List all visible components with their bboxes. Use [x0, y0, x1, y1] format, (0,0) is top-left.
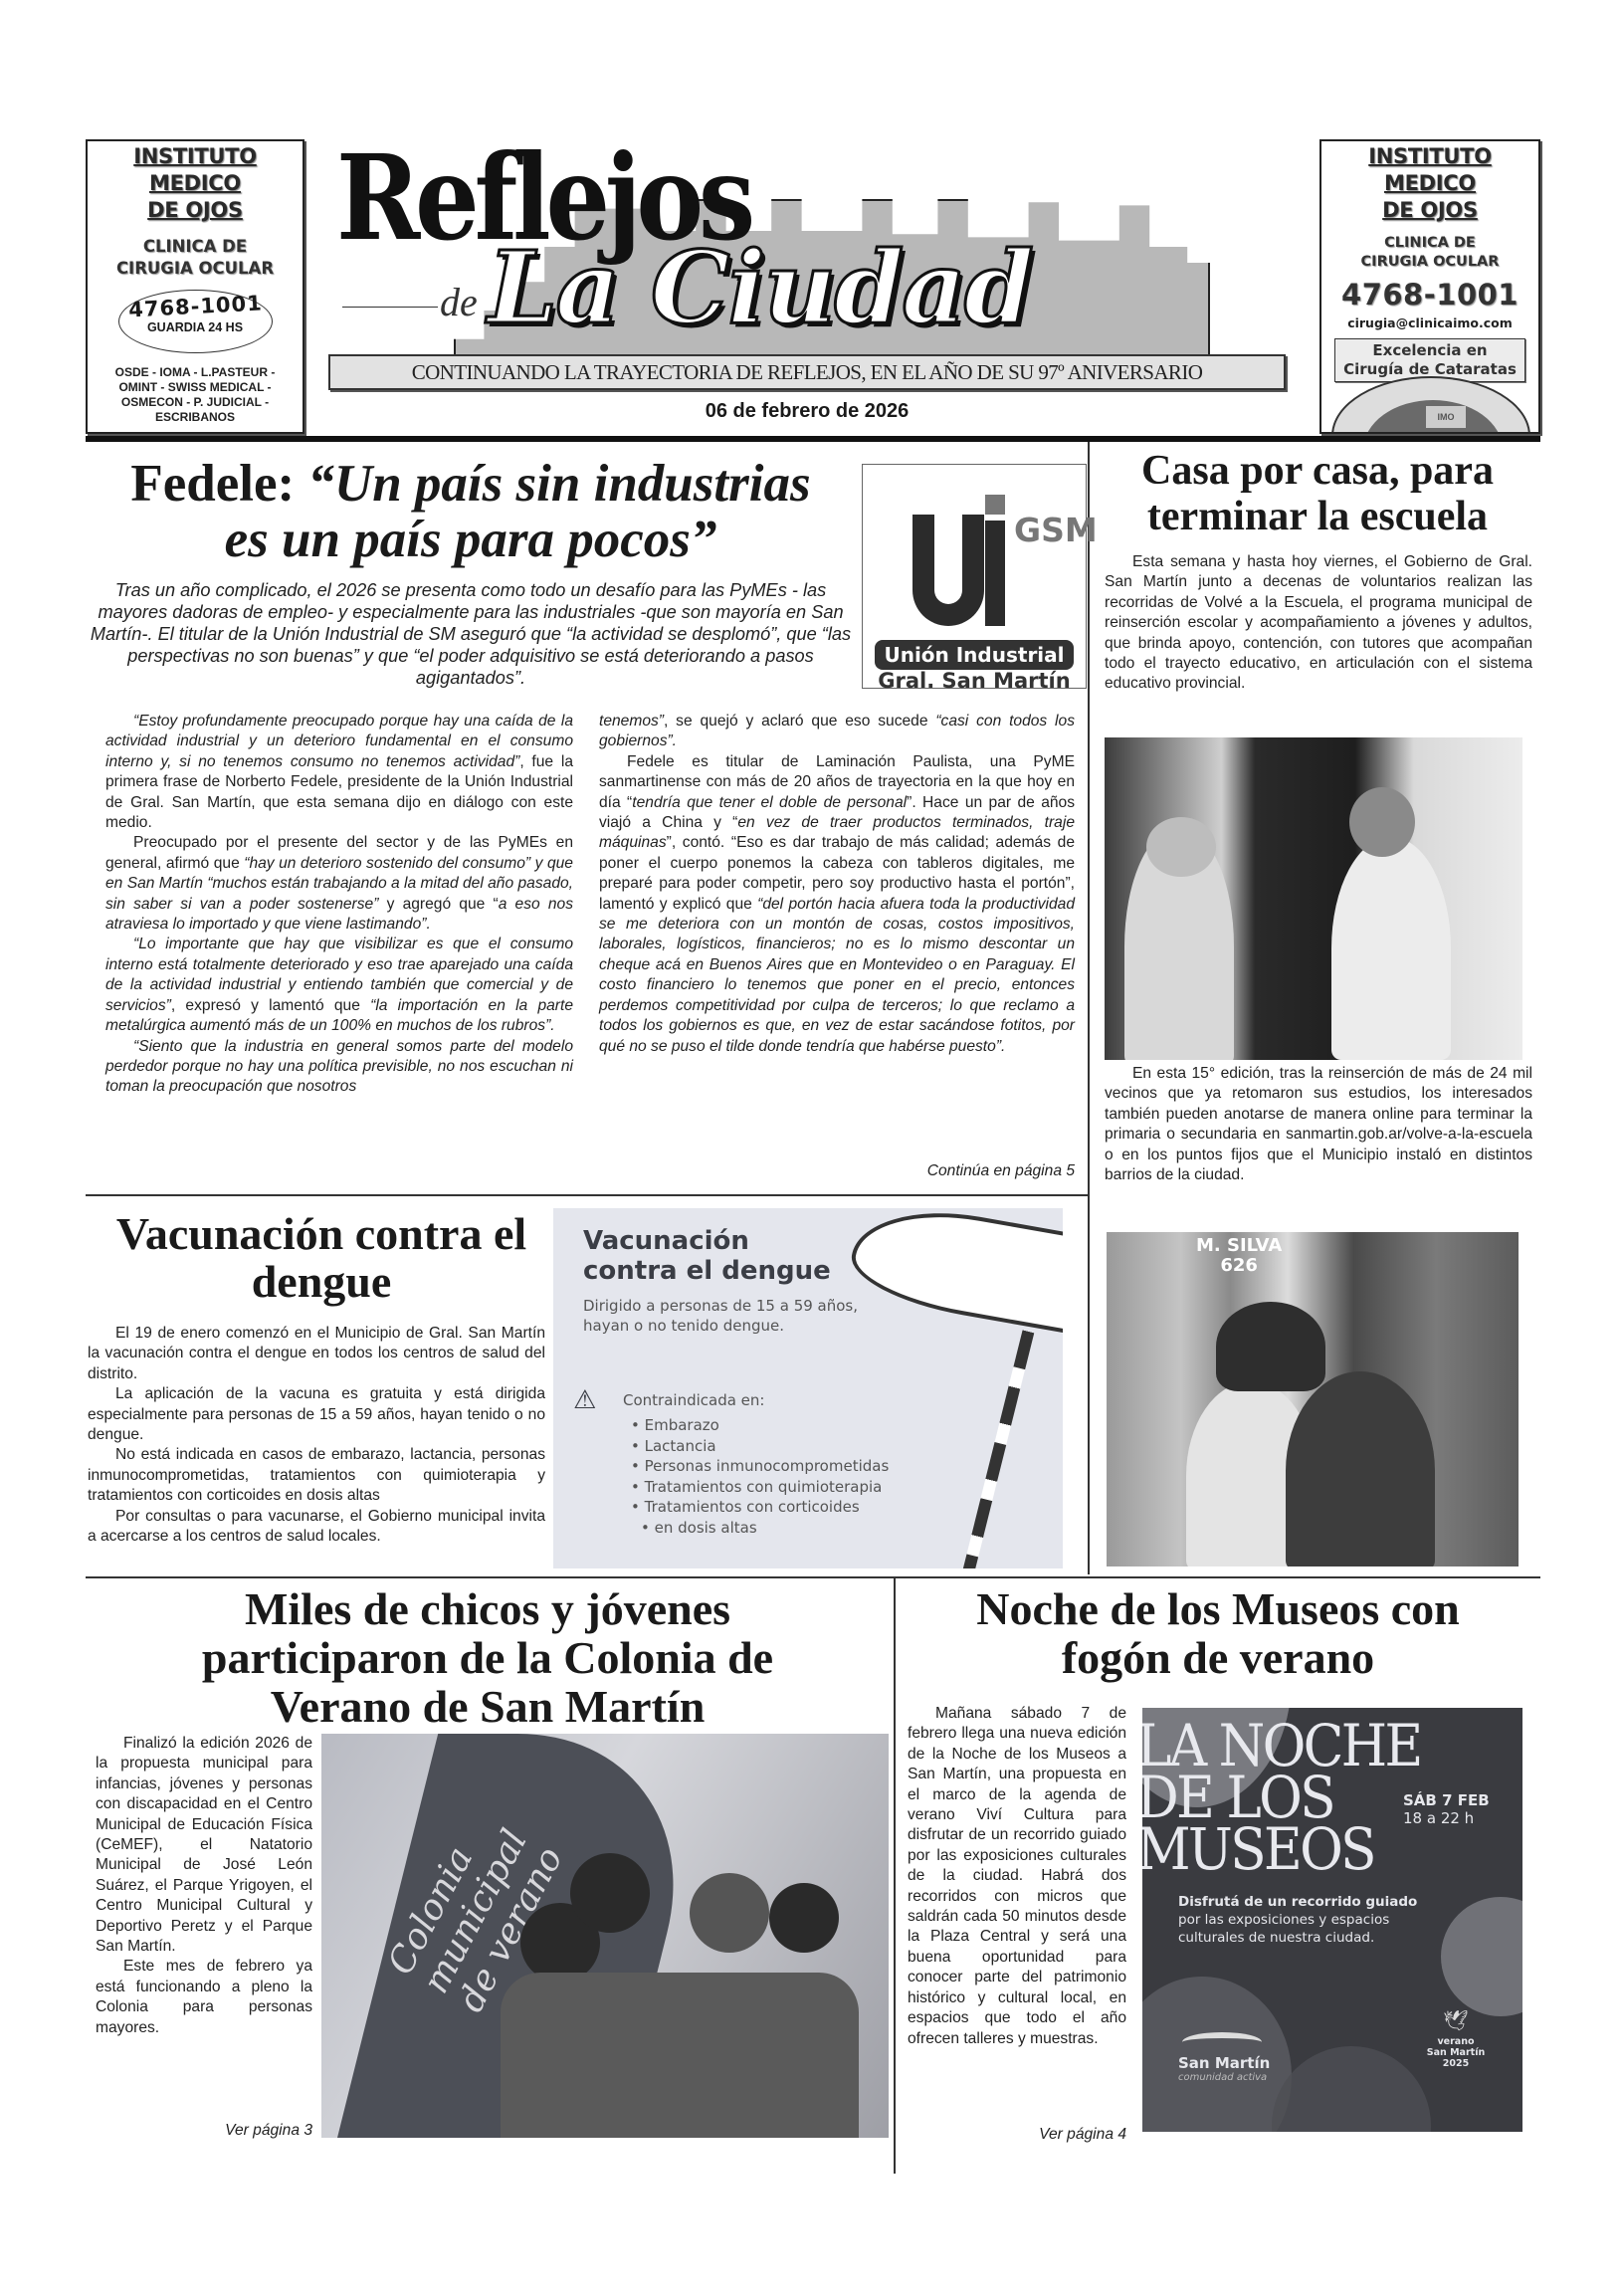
divider-lead-bottom: [86, 1194, 1088, 1196]
paragraph: “Lo importante que hay que visibilizar e…: [105, 935, 573, 1036]
ad-sub-line1: CLINICA DE: [1321, 234, 1538, 253]
kid-head: [570, 1853, 650, 1933]
masthead-tagline: CONTINUANDO LA TRAYECTORIA DE REFLEJOS, …: [328, 354, 1286, 390]
poster-title-line3: MUSEOS: [1142, 1823, 1421, 1875]
masthead-rule: [342, 307, 438, 308]
verano-line3: 2025: [1421, 2058, 1491, 2069]
text: y agregó que “: [378, 896, 498, 913]
ad-instituto-medico-right: INSTITUTO MEDICO DE OJOS CLINICA DE CIRU…: [1319, 139, 1540, 434]
continue-link-page-4[interactable]: Ver página 4: [908, 2126, 1126, 2144]
casa-body-1: Esta semana y hasta hoy viernes, el Gobi…: [1105, 552, 1532, 695]
contra-item-cont: en dosis altas: [631, 1518, 889, 1539]
poster-description: Disfrutá de un recorrido guiado por las …: [1178, 1893, 1417, 1947]
house-number-sign: M. SILVA 626: [1196, 1236, 1282, 1276]
person-right-head: [1349, 787, 1415, 857]
masthead: Reflejos de La Ciudad CONTINUANDO LA TRA…: [328, 139, 1304, 398]
ad-subtitle: CLINICA DE CIRUGIA OCULAR: [1321, 234, 1538, 272]
headline-line2: fogón de verano: [900, 1633, 1536, 1682]
ad-sub-line2: CIRUGIA OCULAR: [88, 258, 303, 280]
logo-i-bar: [985, 521, 1005, 626]
logo-gsm-letters: GSM: [1014, 513, 1044, 548]
card-title: Vacunación contra el dengue: [583, 1226, 831, 1286]
photo-survey-at-house: M. SILVA 626: [1107, 1232, 1519, 1566]
verano-logo: verano San Martín 2025: [1421, 2036, 1491, 2069]
contra-item: Tratamientos con corticoides: [631, 1497, 889, 1518]
card-contra-label: Contraindicada en:: [623, 1391, 764, 1409]
dengue-infographic: Vacunación contra el dengue Dirigido a p…: [553, 1208, 1063, 1568]
ad-phone: 4768-1001: [118, 291, 272, 322]
contra-item: Embarazo: [631, 1415, 889, 1436]
ad-title-line1: INSTITUTO MEDICO: [88, 143, 303, 197]
dengue-body: El 19 de enero comenzó en el Municipio d…: [88, 1324, 545, 1547]
column-divider-right: [1088, 442, 1090, 1574]
san-martin-logo-arc-icon: [1182, 2032, 1262, 2052]
insurer-line: OSDE - IOMA - L.PASTEUR -: [88, 365, 303, 380]
verano-line1: verano: [1421, 2036, 1491, 2047]
ad-email: cirugia@clinicaimo.com: [1321, 315, 1538, 330]
person-right: [1331, 837, 1451, 1060]
divider-lower: [86, 1576, 1540, 1578]
paragraph: En esta 15° edición, tras la reinserción…: [1105, 1064, 1532, 1185]
paragraph: El 19 de enero comenzó en el Municipio d…: [88, 1324, 545, 1384]
text: , expresó y lamentó que: [171, 997, 370, 1014]
deck-text: Tras un año complicado, el 2026 se prese…: [91, 580, 851, 688]
paragraph: No está indicada en casos de embarazo, l…: [88, 1445, 545, 1506]
card-sub-line1: Dirigido a personas de 15 a 59 años,: [583, 1296, 858, 1316]
contra-item: Personas inmunocomprometidas: [631, 1456, 889, 1477]
paragraph: La aplicación de la vacuna es gratuita y…: [88, 1384, 545, 1445]
ad-sub-line1: CLINICA DE: [88, 236, 303, 258]
card-title-line1: Vacunación: [583, 1226, 831, 1256]
casa-headline: Casa por casa, para terminar la escuela: [1099, 448, 1536, 539]
dengue-headline: Vacunación contra el dengue: [88, 1210, 555, 1306]
ad-guard: GUARDIA 24 HS: [147, 320, 243, 334]
person-left-head: [1146, 817, 1216, 877]
kids-bodies: [501, 1973, 859, 2138]
masthead-title-de: de: [440, 279, 478, 325]
logo-gral: Gral. San Martín: [863, 670, 1086, 692]
bird-icon: 🕊: [1443, 2008, 1468, 2033]
kid-head: [769, 1883, 839, 1953]
ad-box-line1: Excelencia en: [1335, 341, 1524, 360]
headline-line1: Miles de chicos y jóvenes: [119, 1584, 856, 1633]
card-subtitle: Dirigido a personas de 15 a 59 años, hay…: [583, 1296, 858, 1336]
masthead-divider: [86, 436, 1540, 442]
ad-title-line2: DE OJOS: [1321, 197, 1538, 224]
paragraph: Esta semana y hasta hoy viernes, el Gobi…: [1105, 552, 1532, 695]
casa-body-2: En esta 15° edición, tras la reinserción…: [1105, 1064, 1532, 1185]
paragraph: Este mes de febrero ya está funcionando …: [96, 1957, 312, 2038]
noche-headline: Noche de los Museos con fogón de verano: [900, 1584, 1536, 1682]
column-divider-bottom: [894, 1576, 896, 2174]
insurer-line: OMINT - SWISS MEDICAL -: [88, 380, 303, 395]
poster-time: 18 a 22 h: [1403, 1809, 1474, 1827]
logo-pill: Unión Industrial: [875, 640, 1074, 670]
san-martin-tagline: comunidad activa: [1178, 2072, 1267, 2083]
contra-item: Lactancia: [631, 1436, 889, 1457]
ad-sub-line2: CIRUGIA OCULAR: [1321, 253, 1538, 272]
headline-speaker: Fedele:: [130, 455, 307, 513]
issue-date: 06 de febrero de 2026: [328, 400, 1286, 423]
colonia-body: Finalizó la edición 2026 de la propuesta…: [96, 1734, 312, 2038]
text: , se quejó y aclaró que eso sucede: [664, 713, 935, 730]
masthead-title-la-ciudad: La Ciudad: [488, 233, 1032, 342]
paragraph: “Estoy profundamente preocupado porque h…: [105, 712, 573, 833]
headline-line1: Noche de los Museos con: [900, 1584, 1536, 1633]
poster-circle: [1272, 2046, 1431, 2132]
ad-title-line1: INSTITUTO MEDICO: [1321, 143, 1538, 197]
lead-deck: Tras un año complicado, el 2026 se prese…: [88, 579, 854, 689]
phone-oval: 4768-1001 GUARDIA 24 HS: [118, 290, 273, 353]
quote: tenemos”: [599, 713, 664, 730]
ad-subtitle: CLINICA DE CIRUGIA OCULAR: [88, 236, 303, 280]
ad-instituto-medico-left: INSTITUTO MEDICO DE OJOS CLINICA DE CIRU…: [86, 139, 304, 434]
san-martin-brand: San Martín: [1178, 2054, 1270, 2072]
headline-quote-1: “Un país sin industrias: [307, 455, 810, 513]
imo-logo-icon: IMO: [1426, 406, 1466, 428]
kid-head: [690, 1873, 769, 1953]
lead-column-1: “Estoy profundamente preocupado porque h…: [105, 712, 573, 1098]
lead-column-2: tenemos”, se quejó y aclaró que eso suce…: [599, 712, 1075, 1057]
cap: [1216, 1302, 1325, 1391]
poster-title: LA NOCHE DE LOS MUSEOS: [1142, 1720, 1421, 1875]
headline-line2: participaron de la Colonia de: [119, 1633, 856, 1682]
quote: “del portón hacia afuera toda la product…: [599, 896, 1075, 1055]
colonia-headline: Miles de chicos y jóvenes participaron d…: [119, 1584, 856, 1731]
noche-museos-poster: LA NOCHE DE LOS MUSEOS SÁB 7 FEB 18 a 22…: [1142, 1708, 1522, 2132]
warning-triangle-icon: ⚠: [573, 1385, 596, 1415]
mosquito-wing-graphic: [845, 1208, 1063, 1336]
paragraph: Fedele es titular de Laminación Paulista…: [599, 752, 1075, 1057]
quote: tendría que tener el doble de personal: [632, 794, 907, 811]
noche-body: Mañana sábado 7 de febrero llega una nue…: [908, 1704, 1126, 2049]
poster-desc-bold: Disfrutá de un recorrido guiado: [1178, 1894, 1417, 1910]
ad-insurers: OSDE - IOMA - L.PASTEUR - OMINT - SWISS …: [88, 365, 303, 425]
card-title-line2: contra el dengue: [583, 1256, 831, 1286]
logo-i-dot: [985, 495, 1005, 515]
headline-line3: Verano de San Martín: [119, 1682, 856, 1731]
mosquito-leg-graphic: [960, 1330, 1035, 1568]
poster-desc-line1: por las exposiciones y espacios: [1178, 1912, 1389, 1928]
paragraph: Preocupado por el presente del sector y …: [105, 833, 573, 935]
logo-u-shape: [912, 515, 984, 626]
card-sub-line2: hayan o no tenido dengue.: [583, 1316, 858, 1336]
lead-headline: Fedele: “Un país sin industrias es un pa…: [88, 456, 854, 567]
continue-link-page-5[interactable]: Continúa en página 5: [599, 1162, 1075, 1180]
insurer-line: OSMECON - P. JUDICIAL -: [88, 395, 303, 410]
quote: “Estoy profundamente preocupado porque h…: [105, 713, 573, 770]
union-industrial-logo: GSM Unión Industrial Gral. San Martín: [862, 464, 1087, 689]
woman-patterned-dress: [1286, 1371, 1435, 1566]
verano-line2: San Martín: [1421, 2047, 1491, 2058]
continue-link-page-3[interactable]: Ver página 3: [96, 2122, 312, 2140]
ad-phone: 4768-1001: [1321, 278, 1538, 312]
paragraph: “Siento que la industria en general somo…: [105, 1037, 573, 1098]
ad-title-line2: DE OJOS: [88, 197, 303, 224]
quote: “Siento que la industria en general somo…: [105, 1038, 573, 1096]
headline-quote-2: es un país para pocos”: [225, 511, 717, 568]
paragraph: tenemos”, se quejó y aclaró que eso suce…: [599, 712, 1075, 752]
insurer-line: ESCRIBANOS: [88, 410, 303, 425]
paragraph: Finalizó la edición 2026 de la propuesta…: [96, 1734, 312, 1957]
paragraph: Mañana sábado 7 de febrero llega una nue…: [908, 1704, 1126, 2049]
poster-date: SÁB 7 FEB: [1403, 1791, 1490, 1809]
contra-list: Embarazo Lactancia Personas inmunocompro…: [631, 1415, 889, 1538]
contra-item: Tratamientos con quimioterapia: [631, 1477, 889, 1498]
photo-volunteer-at-door: [1105, 737, 1522, 1060]
paragraph: Por consultas o para vacunarse, el Gobie…: [88, 1507, 545, 1548]
poster-circle: [1441, 1897, 1522, 2016]
photo-kids-in-pool: Colonia municipal de verano: [321, 1734, 889, 2138]
poster-desc-line2: culturales de nuestra ciudad.: [1178, 1930, 1374, 1946]
